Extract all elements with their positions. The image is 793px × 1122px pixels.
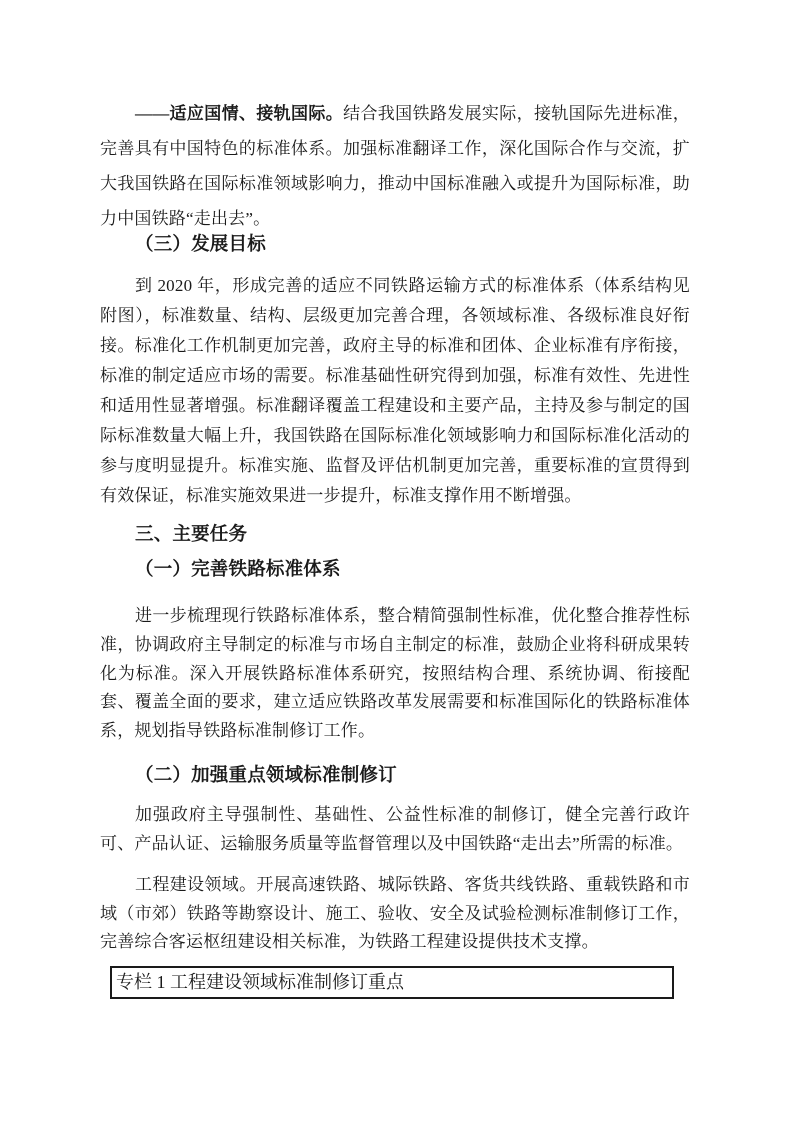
heading-task-1-standard-system: （一）完善铁路标准体系 <box>100 555 690 585</box>
paragraph-key-areas-revision: 加强政府主导强制性、基础性、公益性标准的制修订，健全完善行政许可、产品认证、运输… <box>100 801 690 858</box>
heading-main-tasks: 三、主要任务 <box>100 520 690 550</box>
paragraph-lead-bold: ——适应国情、接轨国际。 <box>135 104 343 123</box>
paragraph-standard-system-work: 进一步梳理现行铁路标准体系，整合精简强制性标准，优化整合推荐性标准，协调政府主导… <box>100 602 690 746</box>
heading-task-2-key-areas: （二）加强重点领域标准制修订 <box>100 761 690 791</box>
callout-box-1-title: 专栏 1 工程建设领域标准制修订重点 <box>116 972 404 992</box>
paragraph-2020-goals: 到 2020 年，形成完善的适应不同铁路运输方式的标准体系（体系结构见附图），标… <box>100 271 690 511</box>
paragraph-adapt-national-conditions: ——适应国情、接轨国际。结合我国铁路发展实际，接轨国际先进标准，完善具有中国特色… <box>100 96 690 236</box>
callout-box-1: 专栏 1 工程建设领域标准制修订重点 <box>110 966 674 999</box>
document-page: ——适应国情、接轨国际。结合我国铁路发展实际，接轨国际先进标准，完善具有中国特色… <box>0 0 793 1122</box>
paragraph-engineering-construction: 工程建设领域。开展高速铁路、城际铁路、客货共线铁路、重载铁路和市域（市郊）铁路等… <box>100 871 690 957</box>
heading-development-goals: （三）发展目标 <box>100 230 690 260</box>
